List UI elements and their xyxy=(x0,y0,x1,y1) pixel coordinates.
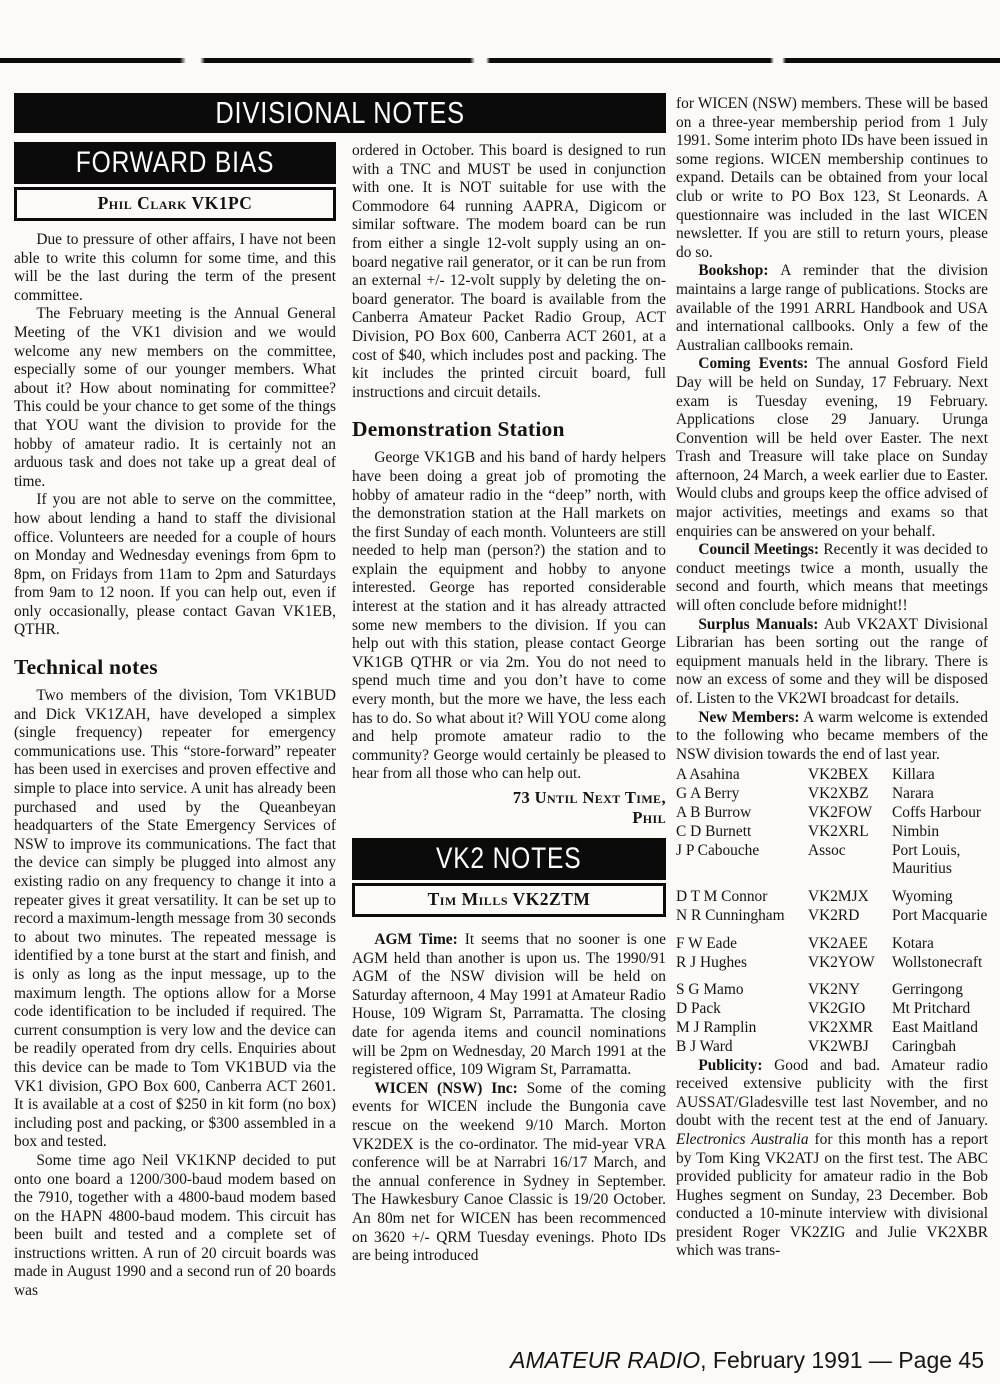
two-column-layout: FORWARD BIAS Phil Clark VK1PC Due to pre… xyxy=(14,142,666,1301)
member-row: N R CunninghamVK2RDPort Macquarie xyxy=(676,907,988,926)
continuation-paragraph: for WICEN (NSW) members. These will be b… xyxy=(676,95,988,262)
member-row: S G MamoVK2NYGerringong xyxy=(676,981,988,1000)
member-place: Mt Pritchard xyxy=(892,1000,988,1019)
member-place: Gerringong xyxy=(892,981,988,1000)
forward-bias-byline-box: Phil Clark VK1PC xyxy=(14,187,336,221)
member-name: F W Eade xyxy=(676,935,808,954)
member-place: Narara xyxy=(892,785,988,804)
member-row: B J WardVK2WBJCaringbah xyxy=(676,1038,988,1057)
publicity-text-2: for this month has a report by Tom King … xyxy=(676,1131,988,1260)
paragraph-surplus-manuals: Surplus Manuals: Aub VK2AXT Divisional L… xyxy=(676,616,988,709)
column-1: FORWARD BIAS Phil Clark VK1PC Due to pre… xyxy=(14,142,336,1301)
member-name: S G Mamo xyxy=(676,981,808,1000)
member-name: C D Burnett xyxy=(676,823,808,842)
paragraph: If you are not able to serve on the comm… xyxy=(14,491,336,640)
vk2-notes-title: VK2 NOTES xyxy=(436,842,581,876)
member-place: Killara xyxy=(892,766,988,785)
paragraph-wicen: WICEN (NSW) Inc: Some of the coming even… xyxy=(352,1080,666,1266)
member-name: N R Cunningham xyxy=(676,907,808,926)
member-name: A B Burrow xyxy=(676,804,808,823)
vk2-notes-header-bar: VK2 NOTES xyxy=(352,838,666,880)
member-place: East Maitland xyxy=(892,1019,988,1038)
wicen-lead: WICEN (NSW) Inc: xyxy=(374,1080,517,1097)
member-row: A AsahinaVK2BEXKillara xyxy=(676,766,988,785)
new-members-table: A AsahinaVK2BEXKillara G A BerryVK2XBZNa… xyxy=(676,766,988,1056)
paragraph-council-meetings: Council Meetings: Recently it was decide… xyxy=(676,541,988,615)
paragraph: George VK1GB and his band of hardy helpe… xyxy=(352,449,666,784)
member-place: Wyoming xyxy=(892,888,988,907)
member-callsign: VK2XRL xyxy=(808,823,892,842)
paragraph: Due to pressure of other affairs, I have… xyxy=(14,231,336,305)
bookshop-lead: Bookshop: xyxy=(698,262,768,279)
paragraph-publicity: Publicity: Good and bad. Amateur radio r… xyxy=(676,1057,988,1262)
member-callsign: VK2XBZ xyxy=(808,785,892,804)
demonstration-station-heading: Demonstration Station xyxy=(352,417,666,442)
member-row: C D BurnettVK2XRLNimbin xyxy=(676,823,988,842)
coming-events-text: The annual Gosford Field Day will be hel… xyxy=(676,355,988,539)
member-place: Port Macquarie xyxy=(892,907,988,926)
forward-bias-title: FORWARD BIAS xyxy=(76,146,274,180)
footer-rest: , February 1991 — Page 45 xyxy=(700,1347,984,1373)
scan-artifact-line xyxy=(0,58,1000,63)
vk2-byline: Tim Mills VK2ZTM xyxy=(428,889,591,909)
member-place: Caringbah xyxy=(892,1038,988,1057)
paragraph-bookshop: Bookshop: A reminder that the division m… xyxy=(676,262,988,355)
signoff-line2: Phil xyxy=(632,808,666,827)
member-name: D T M Connor xyxy=(676,888,808,907)
page-footer: AMATEUR RADIO, February 1991 — Page 45 xyxy=(510,1347,984,1374)
divisional-notes-title: DIVISIONAL NOTES xyxy=(215,95,464,131)
divisional-notes-header-bar: DIVISIONAL NOTES xyxy=(14,93,666,133)
magazine-page: DIVISIONAL NOTES FORWARD BIAS Phil Clark… xyxy=(0,0,1000,1384)
member-place: Nimbin xyxy=(892,823,988,842)
member-row: D PackVK2GIOMt Pritchard xyxy=(676,1000,988,1019)
forward-bias-header-bar: FORWARD BIAS xyxy=(14,142,336,184)
member-row: A B BurrowVK2FOWCoffs Harbour xyxy=(676,804,988,823)
member-callsign: VK2GIO xyxy=(808,1000,892,1019)
member-name: M J Ramplin xyxy=(676,1019,808,1038)
signoff: 73 Until Next Time, Phil xyxy=(352,788,666,828)
member-name: B J Ward xyxy=(676,1038,808,1057)
member-place: Wollstone­craft xyxy=(892,954,988,973)
agm-lead: AGM Time: xyxy=(374,931,457,948)
divisional-notes-block: DIVISIONAL NOTES FORWARD BIAS Phil Clark… xyxy=(14,93,666,1301)
publicity-lead: Publicity: xyxy=(698,1057,762,1074)
vk2-byline-box: Tim Mills VK2ZTM xyxy=(352,883,666,917)
publicity-italic-title: Electronics Australia xyxy=(676,1131,809,1148)
council-meetings-lead: Council Meetings: xyxy=(698,541,819,558)
member-place: Kotara xyxy=(892,935,988,954)
column-3: for WICEN (NSW) members. These will be b… xyxy=(676,95,988,1261)
member-row: F W EadeVK2AEEKotara xyxy=(676,935,988,954)
agm-text: It seems that no sooner is one AGM held … xyxy=(352,931,666,1078)
member-callsign: VK2MJX xyxy=(808,888,892,907)
member-callsign: VK2AEE xyxy=(808,935,892,954)
wicen-text: Some of the coming events for WICEN incl… xyxy=(352,1080,666,1264)
vk2-body: AGM Time: It seems that no sooner is one… xyxy=(352,931,666,1266)
column-2: ordered in October. This board is design… xyxy=(352,142,666,1301)
paragraph-coming-events: Coming Events: The annual Gosford Field … xyxy=(676,355,988,541)
member-name: G A Berry xyxy=(676,785,808,804)
forward-bias-body: Due to pressure of other affairs, I have… xyxy=(14,231,336,1301)
member-row: M J RamplinVK2XMREast Maitland xyxy=(676,1019,988,1038)
coming-events-lead: Coming Events: xyxy=(698,355,808,372)
member-row: R J HughesVK2YOWWollstone­craft xyxy=(676,954,988,973)
member-callsign: VK2BEX xyxy=(808,766,892,785)
vk2-notes-section: VK2 NOTES Tim Mills VK2ZTM AGM Time: It … xyxy=(352,838,666,1266)
member-callsign: VK2WBJ xyxy=(808,1038,892,1057)
member-name: A Asahina xyxy=(676,766,808,785)
member-row: D T M ConnorVK2MJXWyoming xyxy=(676,888,988,907)
member-place: Coffs Harbour xyxy=(892,804,988,823)
technical-notes-heading: Technical notes xyxy=(14,655,336,680)
member-place: Port Louis, Mauritius xyxy=(892,842,988,880)
member-callsign: VK2XMR xyxy=(808,1019,892,1038)
signoff-line1: 73 Until Next Time, xyxy=(513,788,666,807)
member-callsign: VK2FOW xyxy=(808,804,892,823)
member-row: G A BerryVK2XBZNarara xyxy=(676,785,988,804)
forward-bias-byline: Phil Clark VK1PC xyxy=(98,193,253,213)
member-callsign: VK2YOW xyxy=(808,954,892,973)
paragraph: Some time ago Neil VK1KNP decided to put… xyxy=(14,1152,336,1301)
member-name: D Pack xyxy=(676,1000,808,1019)
surplus-manuals-lead: Surplus Manuals: xyxy=(698,616,818,633)
paragraph-new-members: New Members: A warm welcome is extended … xyxy=(676,709,988,765)
member-callsign: Assoc xyxy=(808,842,892,880)
paragraph: The February meeting is the Annual Gener… xyxy=(14,305,336,491)
paragraph: Two members of the division, Tom VK1BUD … xyxy=(14,687,336,1152)
paragraph-agm: AGM Time: It seems that no sooner is one… xyxy=(352,931,666,1080)
member-callsign: VK2RD xyxy=(808,907,892,926)
member-callsign: VK2NY xyxy=(808,981,892,1000)
new-members-lead: New Members: xyxy=(698,709,799,726)
member-name: R J Hughes xyxy=(676,954,808,973)
member-row: J P CaboucheAssocPort Louis, Mauritius xyxy=(676,842,988,880)
magazine-title: AMATEUR RADIO xyxy=(510,1347,700,1373)
member-name: J P Cabouche xyxy=(676,842,808,880)
continuation-paragraph: ordered in October. This board is design… xyxy=(352,142,666,402)
